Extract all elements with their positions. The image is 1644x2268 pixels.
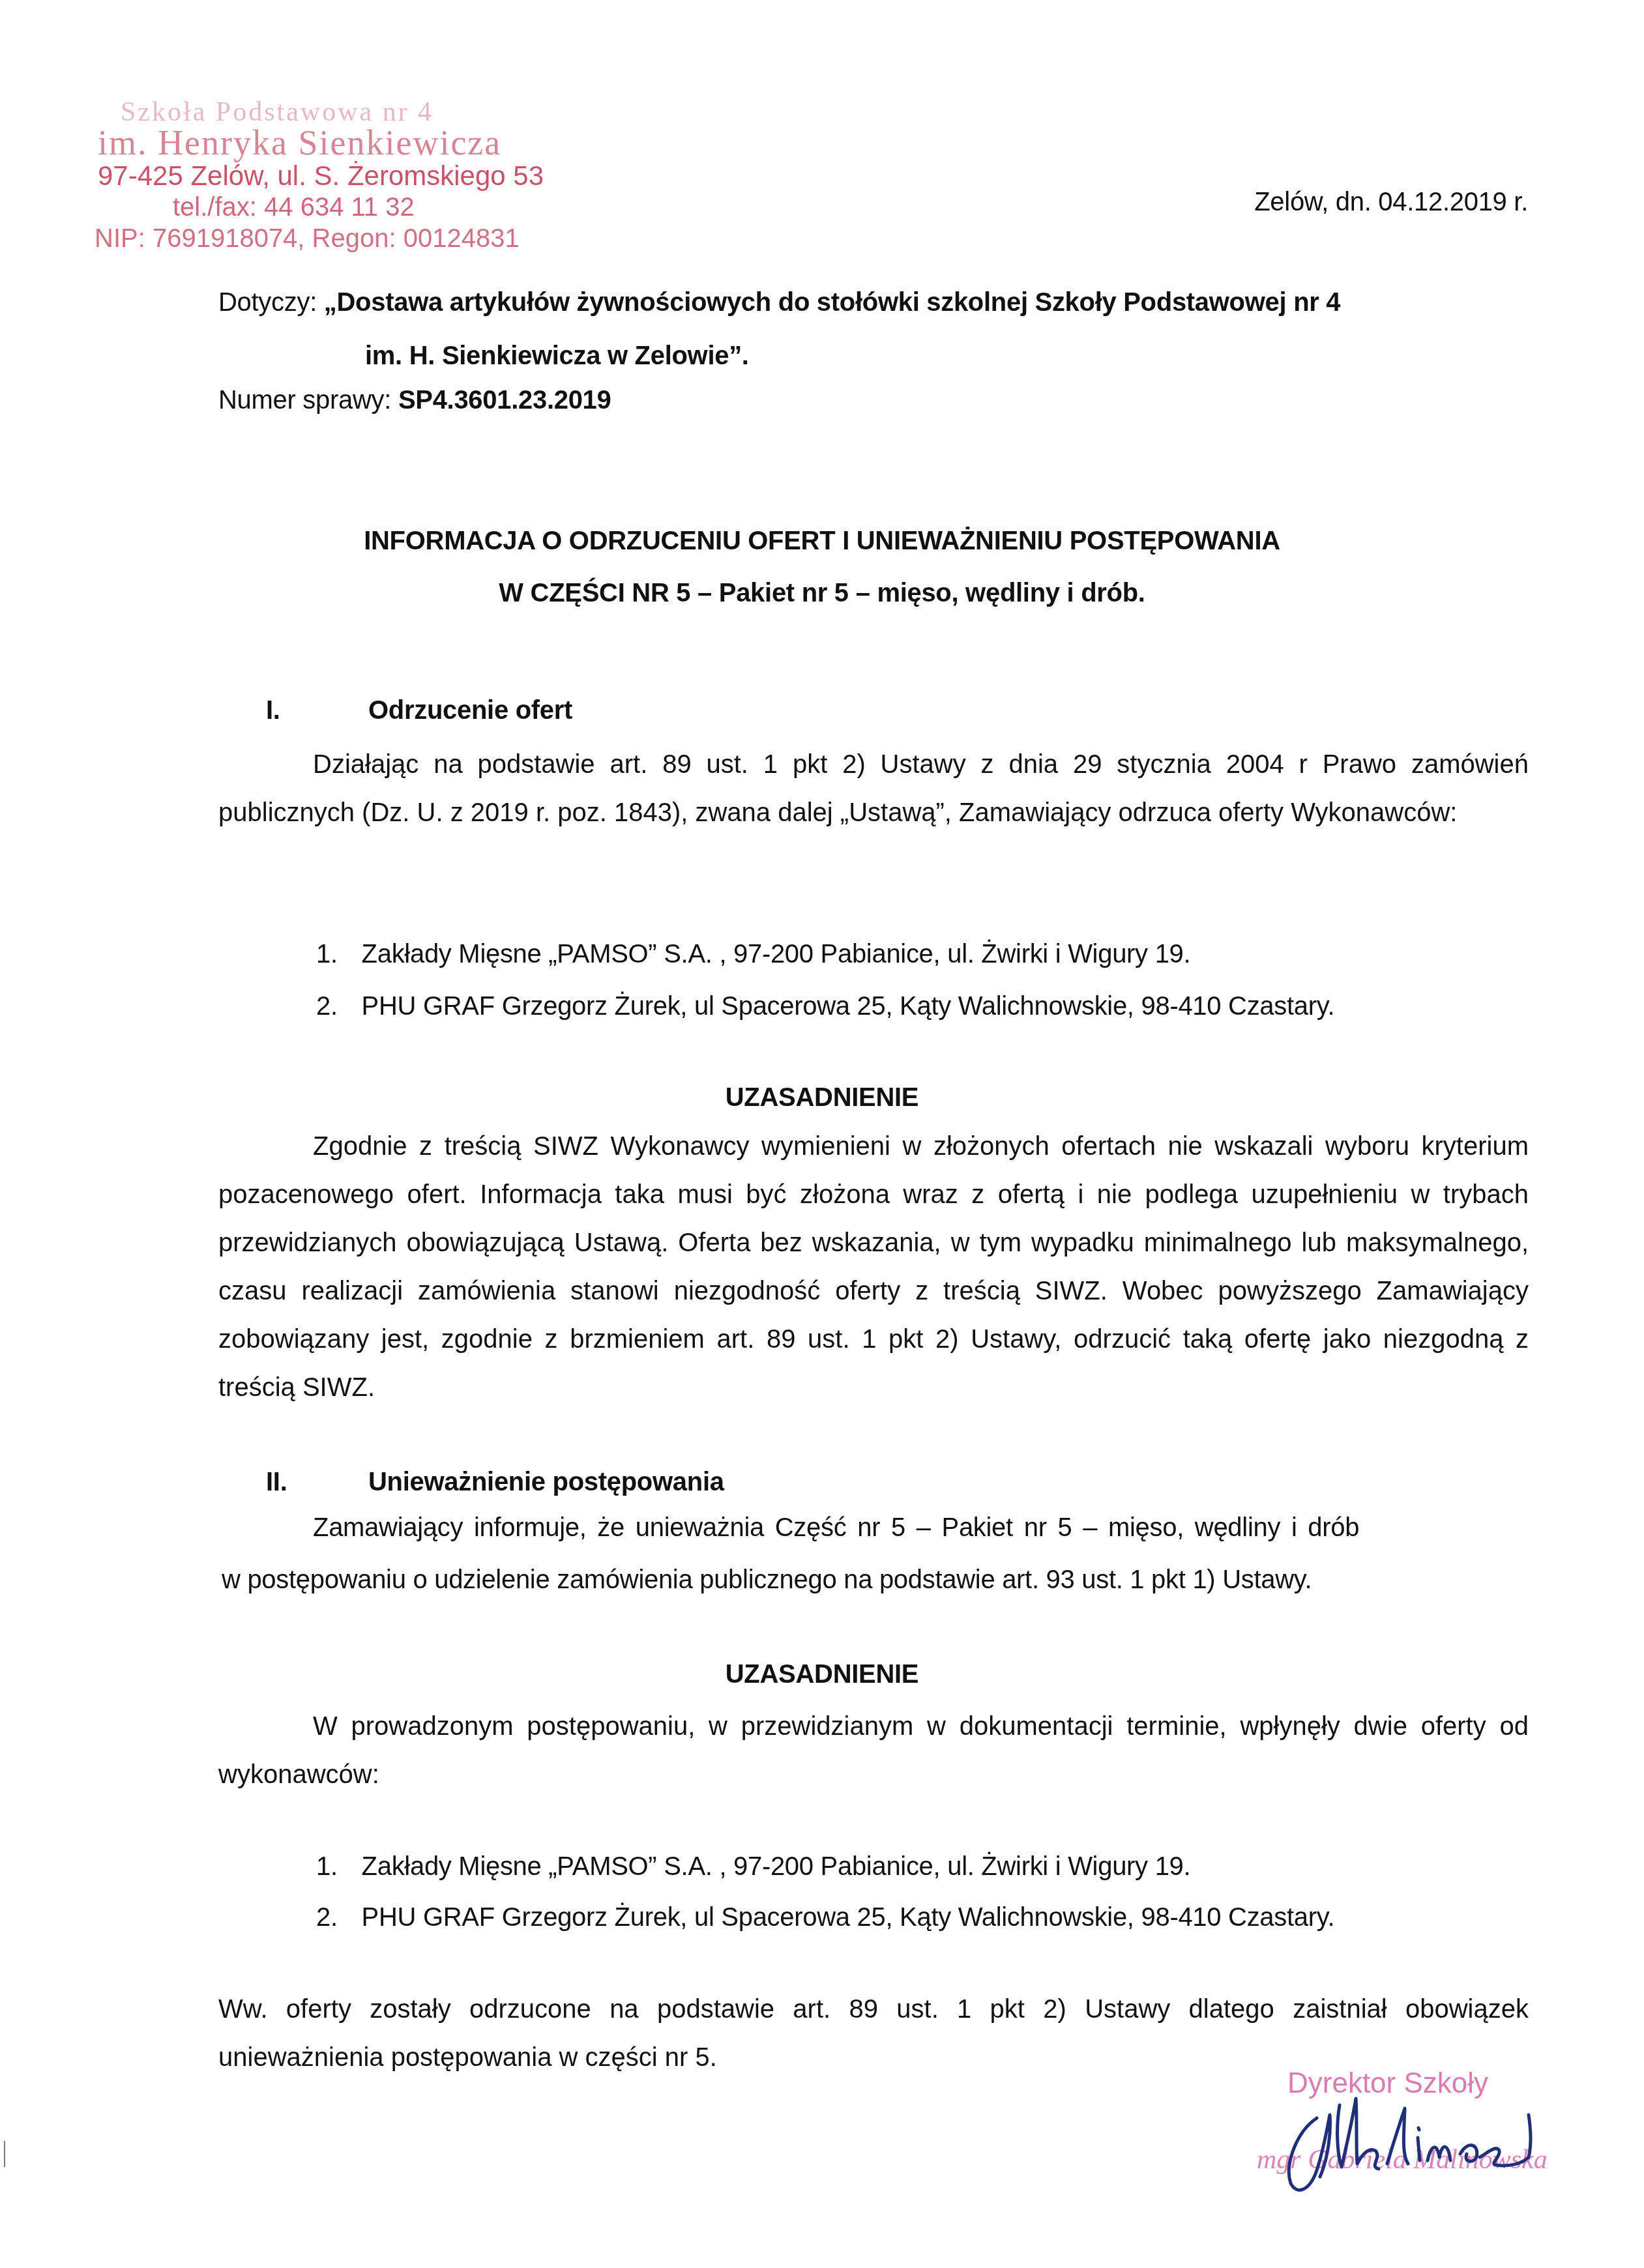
section1-number: I. [266,695,280,726]
stamp-patron: im. Henryka Sienkiewicza [98,123,501,163]
list-item-number: 2. [316,1903,338,1932]
section2-paragraph-line2: w postępowaniu o udzielenie zamówienia p… [222,1564,1312,1595]
list-item: 2. PHU GRAF Grzegorz Żurek, ul Spacerowa… [316,991,1334,1022]
subject-title-line2: im. H. Sienkiewicza w Zelowie”. [365,340,749,371]
case-number: SP4.3601.23.2019 [398,386,611,414]
subject-title-line1: „Dostawa artykułów żywnościowych do stoł… [324,288,1341,317]
stamp-phone: tel./fax: 44 634 11 32 [173,193,415,222]
stamp-address: 97-425 Zelów, ul. S. Żeromskiego 53 [98,160,544,192]
subject-line: Dotyczy: „Dostawa artykułów żywnościowyc… [218,287,1340,318]
section2-paragraph-line1: Zamawiający informuje, że unieważnia Czę… [313,1512,1359,1543]
section2-justification-heading: UZASADNIENIE [0,1659,1644,1690]
case-number-label: Numer sprawy: [218,386,391,414]
document-title-line2: W CZĘŚCI NR 5 – Pakiet nr 5 – mięso, węd… [0,577,1644,609]
section2-number: II. [266,1466,287,1498]
section2-heading: Unieważnienie postępowania [368,1466,724,1498]
list-item: 2. PHU GRAF Grzegorz Żurek, ul Spacerowa… [316,1902,1334,1933]
list-item-text: PHU GRAF Grzegorz Żurek, ul Spacerowa 25… [362,1903,1335,1932]
subject-label: Dotyczy: [218,288,317,317]
list-item-number: 2. [316,992,338,1021]
list-item-number: 1. [316,940,338,968]
section1-heading: Odrzucenie ofert [368,695,572,726]
list-item-text: Zakłady Mięsne „PAMSO” S.A. , 97-200 Pab… [362,1852,1191,1881]
document-date: Zelów, dn. 04.12.2019 r. [1254,186,1528,218]
section1-justification: Zgodnie z treścią SIWZ Wykonawcy wymieni… [218,1122,1529,1412]
list-item-text: PHU GRAF Grzegorz Żurek, ul Spacerowa 25… [362,992,1335,1021]
list-item-text: Zakłady Mięsne „PAMSO” S.A. , 97-200 Pab… [362,940,1191,968]
case-number-line: Numer sprawy: SP4.3601.23.2019 [218,385,611,416]
list-item: 1. Zakłady Mięsne „PAMSO” S.A. , 97-200 … [316,938,1190,970]
list-item: 1. Zakłady Mięsne „PAMSO” S.A. , 97-200 … [316,1851,1190,1882]
list-item-number: 1. [316,1852,338,1881]
document-title-line1: INFORMACJA O ODRZUCENIU OFERT I UNIEWAŻN… [0,525,1644,557]
section2-justification: W prowadzonym postępowaniu, w przewidzia… [218,1702,1529,1799]
section1-justification-heading: UZASADNIENIE [0,1082,1644,1113]
scan-edge-mark [4,2141,5,2167]
handwritten-signature-icon [1271,2092,1545,2203]
stamp-nip-regon: NIP: 7691918074, Regon: 00124831 [95,224,520,254]
section1-paragraph: Działając na podstawie art. 89 ust. 1 pk… [218,740,1529,837]
